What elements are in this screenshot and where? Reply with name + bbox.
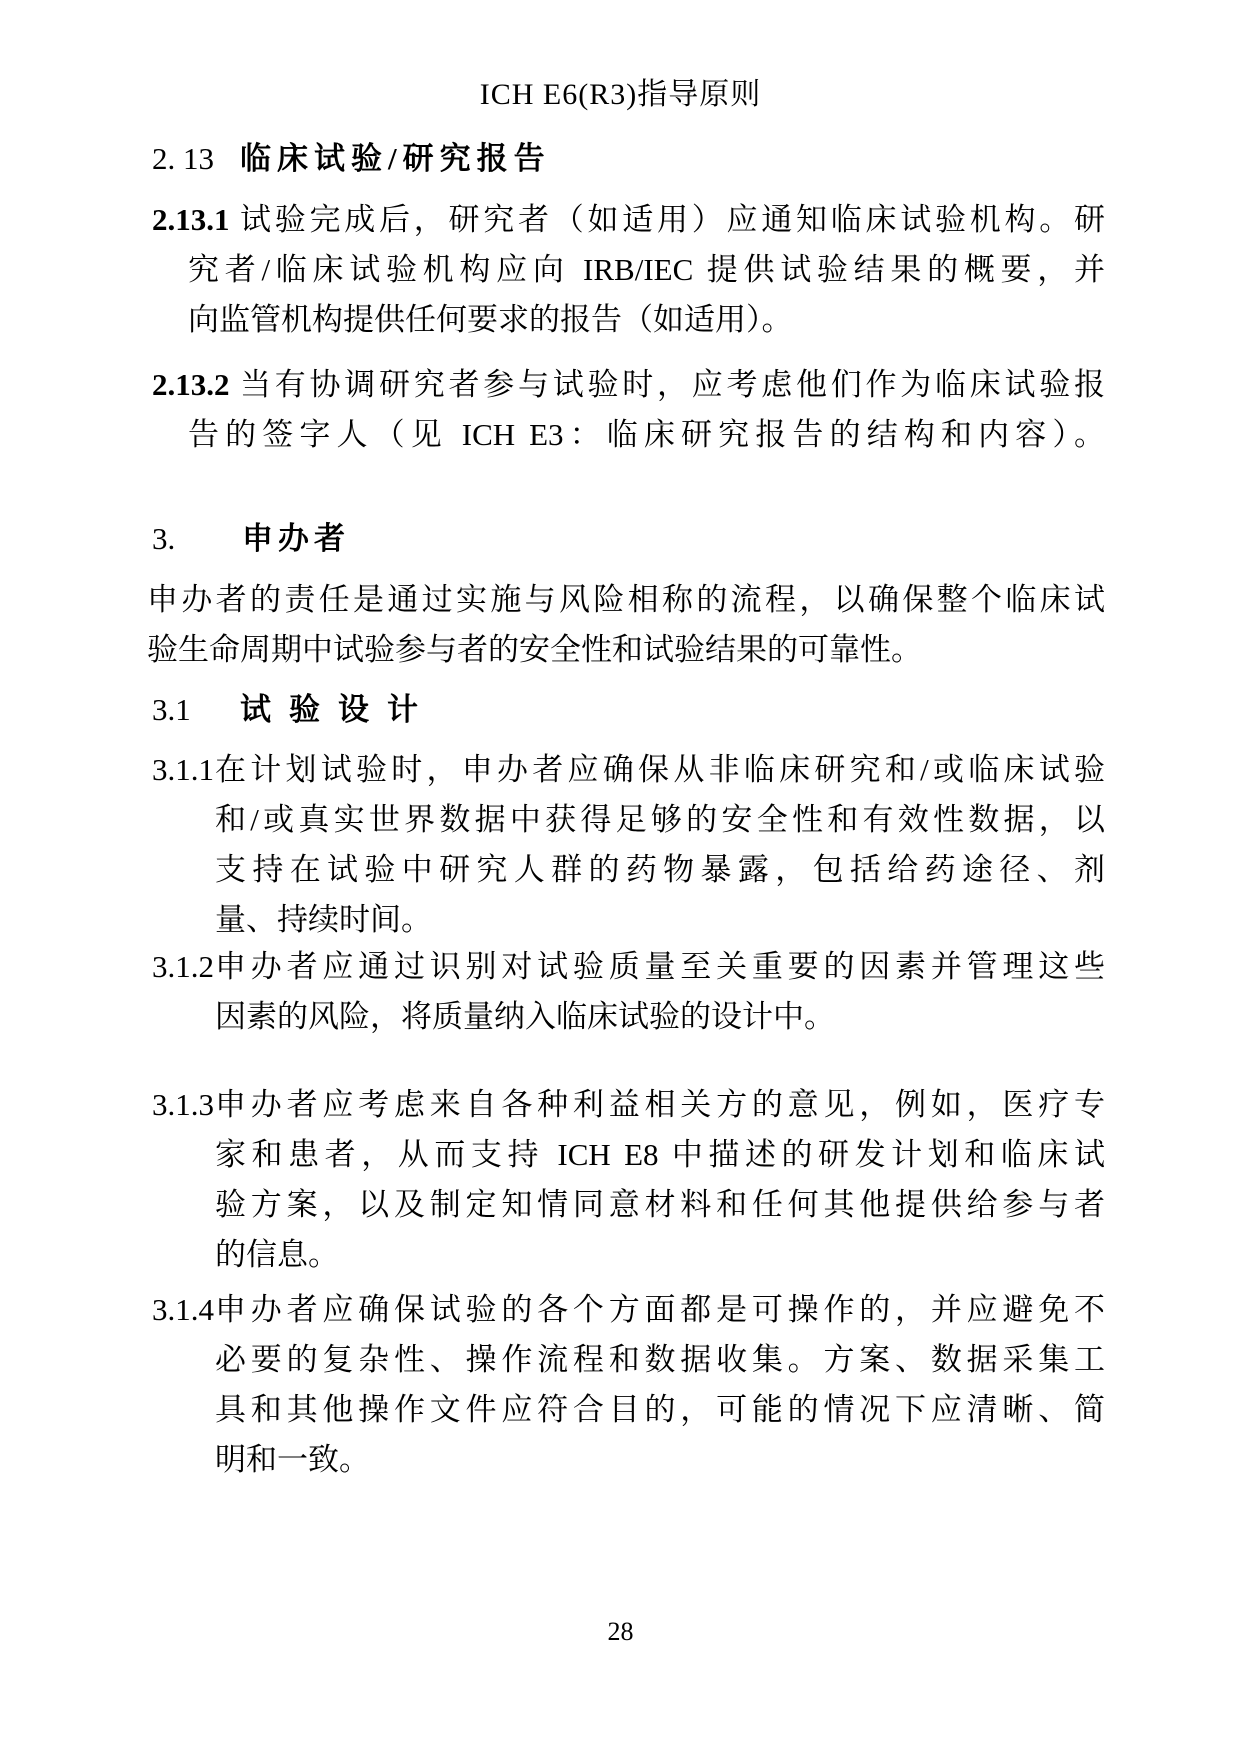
section-heading-3: 3. 申办者: [152, 517, 1112, 561]
section-heading-text: 临床试验/研究报告: [240, 137, 551, 181]
para-number: 3.1.1: [152, 745, 214, 795]
text-line: 申办者的责任是通过实施与风险相称的流程，以确保整个临床试: [147, 575, 1105, 625]
text-line: 申办者应考虑来自各种利益相关方的意见，例如，医疗专: [215, 1080, 1105, 1130]
text-line: 必要的复杂性、操作流程和数据收集。方案、数据采集工: [215, 1335, 1105, 1385]
text-line: 在计划试验时，申办者应确保从非临床研究和/或临床试验: [215, 745, 1105, 795]
text-line: 明和一致。: [215, 1435, 1105, 1485]
para-3-1-1: 3.1.1 在计划试验时，申办者应确保从非临床研究和/或临床试验 和/或真实世界…: [215, 745, 1105, 945]
para-2-13-2: 2.13.2 当有协调研究者参与试验时，应考虑他们作为临床试验报 告的签字人（见…: [188, 360, 1105, 460]
text-line: 验方案，以及制定知情同意材料和任何其他提供给参与者: [215, 1180, 1105, 1230]
text-line: 的信息。: [215, 1230, 1105, 1280]
para-sponsor-intro: 申办者的责任是通过实施与风险相称的流程，以确保整个临床试 验生命周期中试验参与者…: [147, 575, 1105, 675]
para-number: 3.1.3: [152, 1080, 214, 1130]
text-line: 因素的风险，将质量纳入临床试验的设计中。: [215, 992, 1105, 1042]
para-number: 2.13.1: [152, 195, 230, 245]
page-number: 28: [0, 1615, 1241, 1649]
text-line: 申办者应确保试验的各个方面都是可操作的，并应避免不: [215, 1285, 1105, 1335]
para-number: 3.1.2: [152, 942, 214, 992]
para-number: 3.1.4: [152, 1285, 214, 1335]
section-heading-2-13: 2. 13 临床试验/研究报告: [152, 137, 1112, 181]
section-heading-text: 试验设计: [240, 688, 436, 732]
section-number: 3.1: [152, 692, 191, 727]
para-3-1-4: 3.1.4 申办者应确保试验的各个方面都是可操作的，并应避免不 必要的复杂性、操…: [215, 1285, 1105, 1485]
document-page: ICH E6(R3)指导原则 2. 13 临床试验/研究报告 2.13.1 试验…: [0, 0, 1241, 1755]
para-number: 2.13.2: [152, 360, 230, 410]
text-line: 告的签字人（见 ICH E3：临床研究报告的结构和内容）。: [188, 410, 1105, 460]
text-line: 当有协调研究者参与试验时，应考虑他们作为临床试验报: [188, 360, 1105, 410]
section-heading-text: 申办者: [242, 517, 350, 561]
text-line: 家和患者，从而支持 ICH E8 中描述的研发计划和临床试: [215, 1130, 1105, 1180]
text-line: 量、持续时间。: [215, 895, 1105, 945]
text-line: 申办者应通过识别对试验质量至关重要的因素并管理这些: [215, 942, 1105, 992]
section-number: 2. 13: [152, 141, 214, 176]
text-line: 验生命周期中试验参与者的安全性和试验结果的可靠性。: [147, 625, 1105, 675]
text-line: 支持在试验中研究人群的药物暴露，包括给药途径、剂: [215, 845, 1105, 895]
para-3-1-3: 3.1.3 申办者应考虑来自各种利益相关方的意见，例如，医疗专 家和患者，从而支…: [215, 1080, 1105, 1280]
text-line: 向监管机构提供任何要求的报告（如适用）。: [188, 295, 1105, 345]
section-number: 3.: [152, 521, 175, 556]
para-3-1-2: 3.1.2 申办者应通过识别对试验质量至关重要的因素并管理这些 因素的风险，将质…: [215, 942, 1105, 1042]
para-2-13-1: 2.13.1 试验完成后，研究者（如适用）应通知临床试验机构。研 究者/临床试验…: [188, 195, 1105, 345]
text-line: 具和其他操作文件应符合目的，可能的情况下应清晰、简: [215, 1385, 1105, 1435]
text-line: 和/或真实世界数据中获得足够的安全性和有效性数据，以: [215, 795, 1105, 845]
doc-title: ICH E6(R3)指导原则: [0, 75, 1241, 115]
text-line: 究者/临床试验机构应向 IRB/IEC 提供试验结果的概要，并: [188, 245, 1105, 295]
text-line: 试验完成后，研究者（如适用）应通知临床试验机构。研: [188, 195, 1105, 245]
section-heading-3-1: 3.1 试验设计: [152, 688, 1112, 732]
